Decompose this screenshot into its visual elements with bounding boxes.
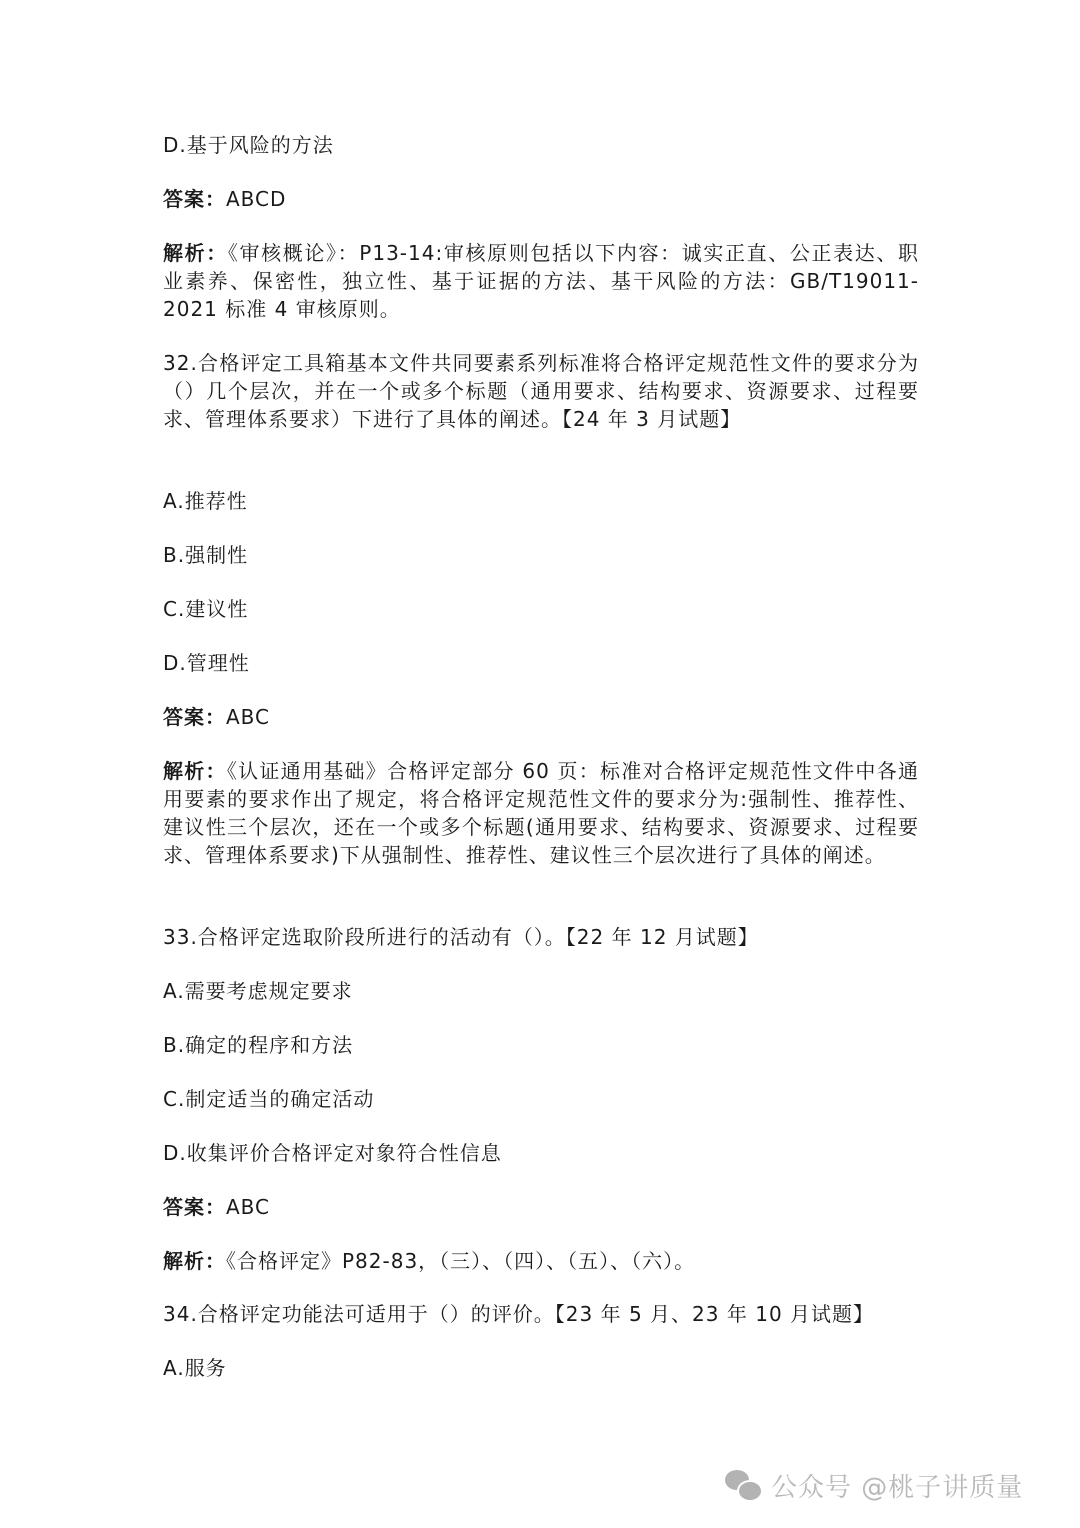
q32-option-d: D.管理性 [163, 649, 250, 677]
q34-question: 34.合格评定功能法可适用于（）的评价。【23 年 5 月、23 年 10 月试… [163, 1300, 874, 1328]
q32-option-b: B.强制性 [163, 541, 248, 569]
watermark: 公众号 @桃子讲质量 [723, 1465, 1023, 1505]
q33-question: 33.合格评定选取阶段所进行的活动有（）。【22 年 12 月试题】 [163, 923, 759, 951]
q31-answer: 答案：ABCD [163, 185, 286, 213]
q31-analysis: 解析：《审核概论》：P13-14:审核原则包括以下内容：诚实正直、公正表达、职业… [163, 239, 919, 323]
watermark-text: 公众号 @桃子讲质量 [771, 1467, 1023, 1504]
analysis-text: 《审核概论》：P13-14:审核原则包括以下内容：诚实正直、公正表达、职业素养、… [163, 241, 919, 321]
analysis-text: 《合格评定》P82-83，（三）、（四）、（五）、（六）。 [226, 1249, 695, 1273]
q33-analysis: 解析：《合格评定》P82-83，（三）、（四）、（五）、（六）。 [163, 1247, 695, 1275]
analysis-label: 解析： [163, 241, 228, 265]
q33-answer: 答案：ABC [163, 1193, 270, 1221]
answer-value: ABC [226, 1195, 270, 1219]
q33-option-b: B.确定的程序和方法 [163, 1031, 353, 1059]
wechat-icon [723, 1468, 763, 1502]
analysis-text: 《认证通用基础》合格评定部分 60 页：标准对合格评定规范性文件中各通用要素的要… [163, 759, 919, 867]
q34-option-a: A.服务 [163, 1354, 227, 1382]
q32-answer: 答案：ABC [163, 703, 270, 731]
q33-option-c: C.制定适当的确定活动 [163, 1085, 374, 1113]
q32-option-a: A.推荐性 [163, 487, 248, 515]
answer-label: 答案： [163, 187, 226, 211]
answer-label: 答案： [163, 1195, 226, 1219]
q33-option-d: D.收集评价合格评定对象符合性信息 [163, 1139, 502, 1167]
q32-question: 32.合格评定工具箱基本文件共同要素系列标准将合格评定规范性文件的要求分为（）几… [163, 349, 919, 433]
analysis-label: 解析： [163, 1249, 226, 1273]
answer-value: ABC [226, 705, 270, 729]
q31-option-d: D.基于风险的方法 [163, 131, 334, 159]
q32-option-c: C.建议性 [163, 595, 248, 623]
answer-value: ABCD [226, 187, 286, 211]
q33-option-a: A.需要考虑规定要求 [163, 977, 353, 1005]
answer-label: 答案： [163, 705, 226, 729]
q32-analysis: 解析：《认证通用基础》合格评定部分 60 页：标准对合格评定规范性文件中各通用要… [163, 757, 919, 869]
analysis-label: 解析： [163, 759, 227, 783]
